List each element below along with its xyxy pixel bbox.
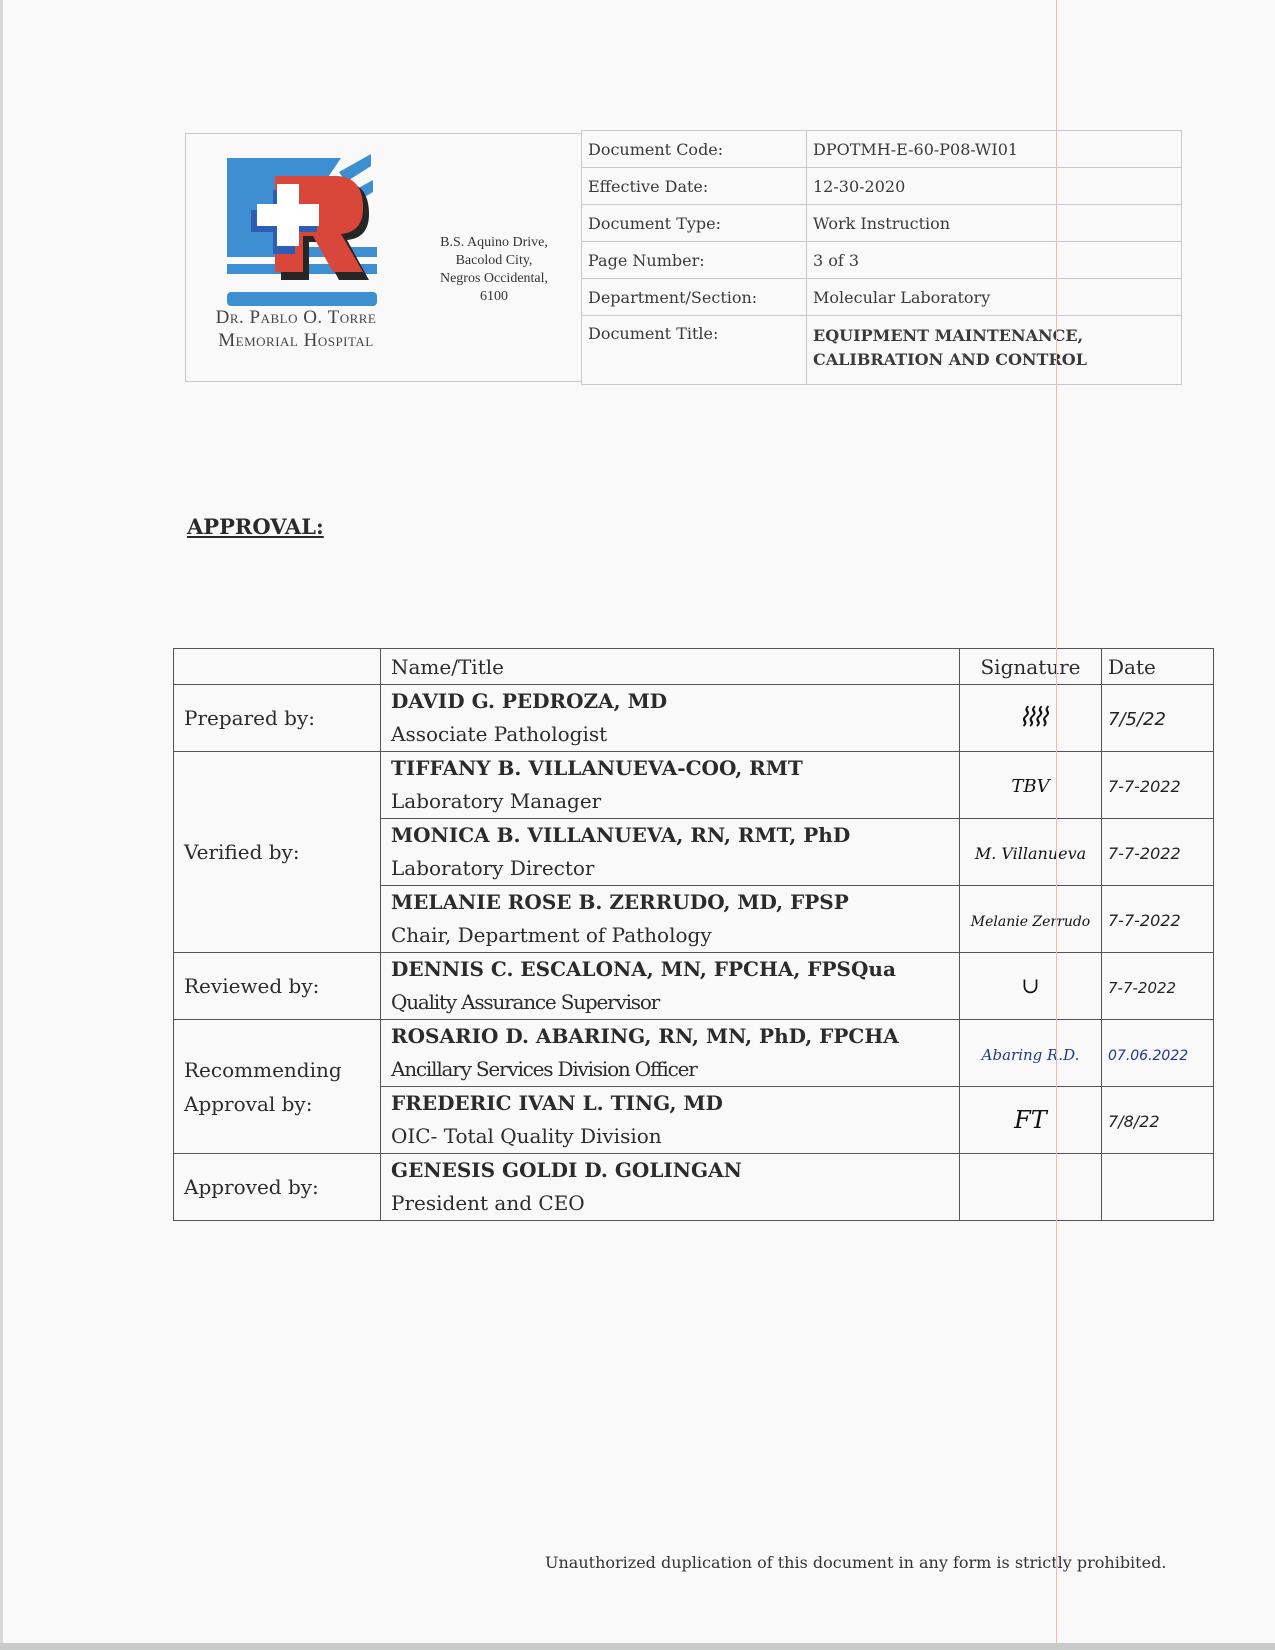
meta-label: Department/Section: (582, 279, 807, 316)
table-row: Approved by: GENESIS GOLDI D. GOLINGAN P… (174, 1154, 1214, 1221)
person-cell: FREDERIC IVAN L. TING, MD OIC- Total Qua… (381, 1087, 960, 1154)
person-title: Laboratory Director (391, 852, 959, 885)
meta-label: Effective Date: (582, 168, 807, 205)
person-cell: TIFFANY B. VILLANUEVA-COO, RMT Laborator… (381, 752, 960, 819)
date-cell: 7/8/22 (1102, 1087, 1214, 1154)
column-header (174, 649, 381, 685)
person-title: Quality Assurance Supervisor (391, 986, 959, 1019)
meta-row: Document Title: EQUIPMENT MAINTENANCE, C… (582, 316, 1182, 385)
person-name: TIFFANY B. VILLANUEVA-COO, RMT (391, 752, 959, 785)
signature-cell: Abaring R.D. (960, 1020, 1102, 1087)
person-name: DAVID G. PEDROZA, MD (391, 685, 959, 718)
document-title: EQUIPMENT MAINTENANCE, CALIBRATION AND C… (807, 316, 1182, 385)
document-title-line2: CALIBRATION AND CONTROL (813, 348, 1175, 372)
signature-cell: FT (960, 1087, 1102, 1154)
meta-label: Page Number: (582, 242, 807, 279)
person-title: Associate Pathologist (391, 718, 959, 751)
meta-label: Document Title: (582, 316, 807, 385)
role-label: Verified by: (174, 752, 381, 953)
footer-notice: Unauthorized duplication of this documen… (545, 1553, 1166, 1572)
signature: Melanie Zerrudo (971, 914, 1090, 930)
meta-row: Document Type: Work Instruction (582, 205, 1182, 242)
date-cell: 07.06.2022 (1102, 1020, 1214, 1087)
address-line: 6100 (414, 288, 574, 306)
handwritten-date: 7-7-2022 (1108, 911, 1181, 930)
approval-table: Name/Title Signature Date Prepared by: D… (173, 648, 1214, 1221)
document-code: DPOTMH-E-60-P08-WI01 (807, 131, 1182, 168)
meta-label: Document Code: (582, 131, 807, 168)
person-name: GENESIS GOLDI D. GOLINGAN (391, 1154, 959, 1187)
document-meta-table: Document Code: DPOTMH-E-60-P08-WI01 Effe… (581, 130, 1182, 385)
handwritten-date: 7-7-2022 (1108, 844, 1181, 863)
person-title: Laboratory Manager (391, 785, 959, 818)
person-cell: MELANIE ROSE B. ZERRUDO, MD, FPSP Chair,… (381, 886, 960, 953)
scan-bottom-edge (0, 1643, 1275, 1650)
meta-row: Effective Date: 12-30-2020 (582, 168, 1182, 205)
hospital-name: Dr. Pablo O. Torre Memorial Hospital (186, 306, 406, 352)
signature-cell: M. Villanueva (960, 819, 1102, 886)
person-cell: ROSARIO D. ABARING, RN, MN, PhD, FPCHA A… (381, 1020, 960, 1087)
document-type: Work Instruction (807, 205, 1182, 242)
meta-row: Page Number: 3 of 3 (582, 242, 1182, 279)
person-cell: DAVID G. PEDROZA, MD Associate Pathologi… (381, 685, 960, 752)
table-row: Prepared by: DAVID G. PEDROZA, MD Associ… (174, 685, 1214, 752)
handwritten-date: 7/8/22 (1108, 1112, 1160, 1131)
page-number: 3 of 3 (807, 242, 1182, 279)
address-line: Bacolod City, (414, 252, 574, 270)
person-cell: DENNIS C. ESCALONA, MN, FPCHA, FPSQua Qu… (381, 953, 960, 1020)
table-row: Verified by: TIFFANY B. VILLANUEVA-COO, … (174, 752, 1214, 819)
signature: Abaring R.D. (982, 1046, 1080, 1064)
person-cell: GENESIS GOLDI D. GOLINGAN President and … (381, 1154, 960, 1221)
handwritten-date: 7/5/22 (1108, 709, 1166, 730)
handwritten-date: 7-7-2022 (1108, 979, 1176, 997)
person-cell: MONICA B. VILLANUEVA, RN, RMT, PhD Labor… (381, 819, 960, 886)
document-page: Dr. Pablo O. Torre Memorial Hospital B.S… (0, 0, 1275, 1643)
date-cell: 7-7-2022 (1102, 886, 1214, 953)
meta-row: Department/Section: Molecular Laboratory (582, 279, 1182, 316)
role-label-line2: Approval by: (184, 1087, 380, 1121)
person-name: ROSARIO D. ABARING, RN, MN, PhD, FPCHA (391, 1020, 959, 1053)
role-label: Prepared by: (174, 685, 381, 752)
address-line: B.S. Aquino Drive, (414, 234, 574, 252)
column-header-signature: Signature (960, 649, 1102, 685)
role-label: Recommending Approval by: (174, 1020, 381, 1154)
signature: FT (1014, 1106, 1047, 1134)
date-cell: 7-7-2022 (1102, 953, 1214, 1020)
hospital-name-line2: Memorial Hospital (186, 329, 406, 352)
person-name: FREDERIC IVAN L. TING, MD (391, 1087, 959, 1120)
person-name: MONICA B. VILLANUEVA, RN, RMT, PhD (391, 819, 959, 852)
approval-heading: APPROVAL: (187, 514, 324, 539)
date-cell (1102, 1154, 1214, 1221)
meta-row: Document Code: DPOTMH-E-60-P08-WI01 (582, 131, 1182, 168)
role-label: Approved by: (174, 1154, 381, 1221)
signature-cell: ∪ (960, 953, 1102, 1020)
signature-initials: ∪ (1021, 974, 1039, 999)
date-cell: 7-7-2022 (1102, 752, 1214, 819)
document-header: Dr. Pablo O. Torre Memorial Hospital B.S… (185, 130, 1185, 380)
person-title: Chair, Department of Pathology (391, 919, 959, 952)
signature-cell: Melanie Zerrudo (960, 886, 1102, 953)
hospital-address: B.S. Aquino Drive, Bacolod City, Negros … (414, 234, 574, 306)
address-line: Negros Occidental, (414, 270, 574, 288)
handwritten-date: 7-7-2022 (1108, 777, 1181, 796)
document-title-line1: EQUIPMENT MAINTENANCE, (813, 324, 1175, 348)
hospital-logo-icon (221, 152, 377, 308)
signature-cell (960, 1154, 1102, 1221)
approval-table-header: Name/Title Signature Date (174, 649, 1214, 685)
scan-artifact-line (1056, 0, 1057, 1650)
person-title: President and CEO (391, 1187, 959, 1220)
column-header-date: Date (1102, 649, 1214, 685)
signature-cell: TBV (960, 752, 1102, 819)
table-row: Recommending Approval by: ROSARIO D. ABA… (174, 1020, 1214, 1087)
date-cell: 7-7-2022 (1102, 819, 1214, 886)
signature-cell: ⌇⌇⌇⌇ (960, 685, 1102, 752)
role-label-line1: Recommending (184, 1053, 380, 1087)
department-section: Molecular Laboratory (807, 279, 1182, 316)
effective-date: 12-30-2020 (807, 168, 1182, 205)
table-row: Reviewed by: DENNIS C. ESCALONA, MN, FPC… (174, 953, 1214, 1020)
person-title: Ancillary Services Division Officer (391, 1053, 959, 1086)
date-cell: 7/5/22 (1102, 685, 1214, 752)
hospital-name-line1: Dr. Pablo O. Torre (186, 306, 406, 329)
handwritten-date: 07.06.2022 (1108, 1048, 1188, 1064)
person-name: MELANIE ROSE B. ZERRUDO, MD, FPSP (391, 886, 959, 919)
signature-scribble: ⌇⌇⌇⌇ (1017, 703, 1044, 733)
person-name: DENNIS C. ESCALONA, MN, FPCHA, FPSQua (391, 953, 959, 986)
logo-cell: Dr. Pablo O. Torre Memorial Hospital B.S… (185, 133, 582, 382)
scan-edge (0, 0, 3, 1643)
meta-label: Document Type: (582, 205, 807, 242)
person-title: OIC- Total Quality Division (391, 1120, 959, 1153)
column-header-name-title: Name/Title (381, 649, 960, 685)
signature: M. Villanueva (975, 844, 1086, 863)
signature: TBV (1011, 776, 1049, 797)
role-label: Reviewed by: (174, 953, 381, 1020)
